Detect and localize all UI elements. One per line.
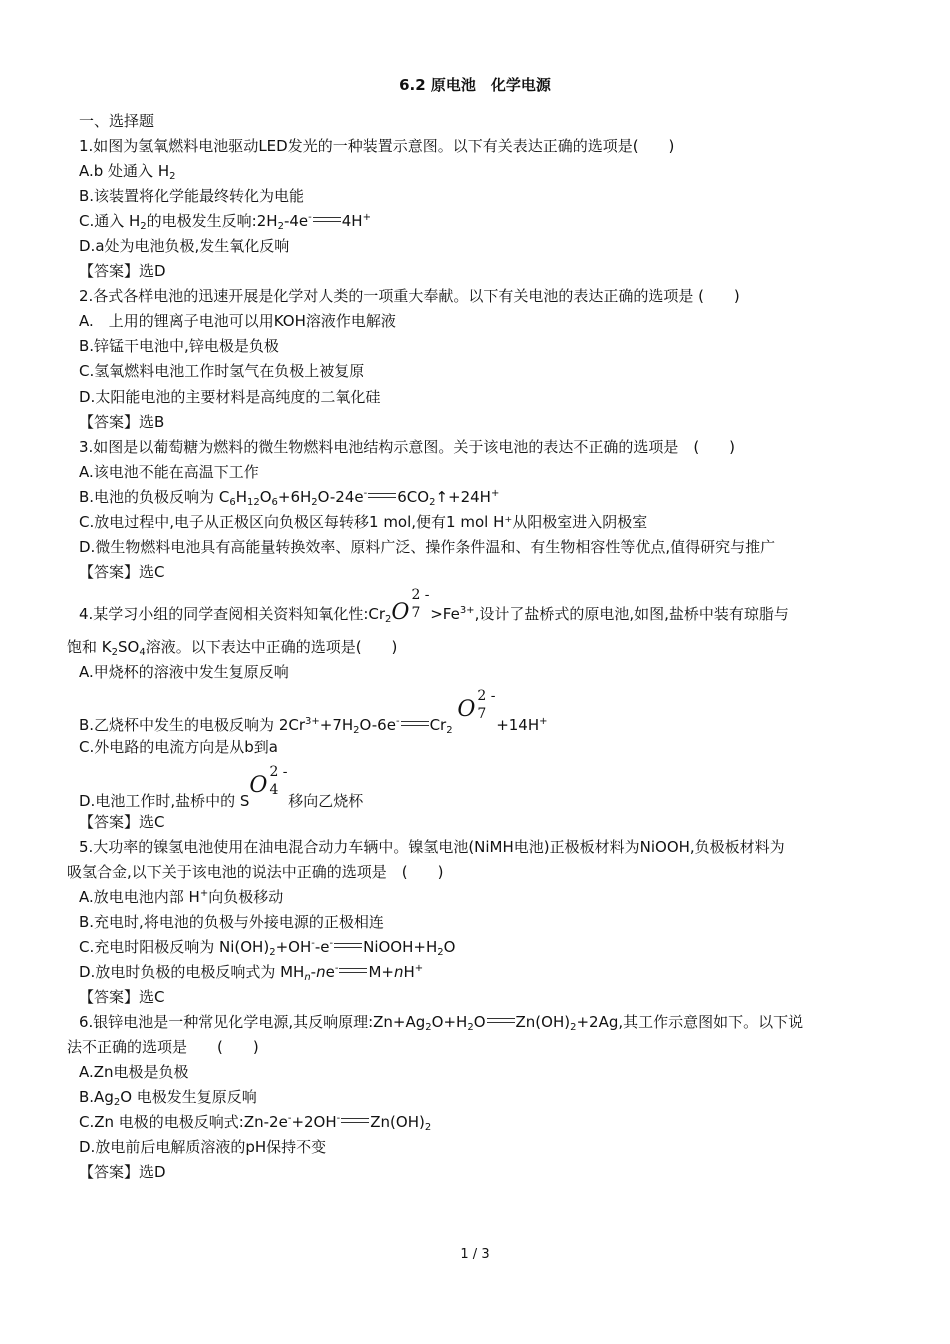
section-heading: 一、选择题	[79, 111, 154, 131]
question-4-answer: 【答案】选C	[79, 812, 164, 832]
question-6-option-c: C.Zn 电极的电极反响式:Zn-2e-+2OH-Zn(OH)2	[79, 1112, 431, 1132]
question-1-stem: 1.如图为氢氧燃料电池驱动LED发光的一种装置示意图。以下有关表达正确的选项是(…	[79, 136, 674, 156]
page-indicator: 1 / 3	[0, 1247, 950, 1262]
question-1-option-c: C.通入 H2的电极发生反响:2H2-4e-4H+	[79, 211, 371, 231]
question-6-option-d: D.放电前后电解质溶液的pH保持不变	[79, 1137, 326, 1157]
question-3-option-a: A.该电池不能在高温下工作	[79, 462, 259, 482]
question-1-option-b: B.该装置将化学能最终转化为电能	[79, 186, 304, 206]
question-6-stem-line-1: 6.银锌电池是一种常见化学电源,其反响原理:Zn+Ag2O+H2OZn(OH)2…	[79, 1012, 803, 1032]
question-3-answer: 【答案】选C	[79, 562, 164, 582]
question-1-answer: 【答案】选D	[79, 261, 166, 281]
question-2-option-d: D.太阳能电池的主要材料是高纯度的二氧化硅	[79, 387, 380, 407]
question-5-option-b: B.充电时,将电池的负极与外接电源的正极相连	[79, 912, 384, 932]
question-2-stem: 2.各式各样电池的迅速开展是化学对人类的一项重大奉献。以下有关电池的表达正确的选…	[79, 286, 740, 306]
question-5-option-d: D.放电时负极的电极反响式为 MHn-ne-M+nH+	[79, 962, 423, 982]
question-5-stem-line-1: 5.大功率的镍氢电池使用在油电混合动力车辆中。镍氢电池(NiMH电池)正极板材料…	[79, 837, 785, 857]
document-title: 6.2 原电池 化学电源	[0, 74, 950, 95]
question-4-option-c: C.外电路的电流方向是从b到a	[79, 737, 278, 757]
question-2-option-b: B.锌锰干电池中,锌电极是负极	[79, 336, 279, 356]
question-4-option-d: D.电池工作时,盐桥中的 SO2 -4 移向乙烧杯	[79, 786, 363, 811]
question-1-option-d: D.a处为电池负极,发生氧化反响	[79, 236, 289, 256]
question-2-answer: 【答案】选B	[79, 412, 164, 432]
question-2-option-c: C.氢氧燃料电池工作时氢气在负极上被复原	[79, 361, 364, 381]
question-5-stem-line-2: 吸氢合金,以下关于该电池的说法中正确的选项是 ( )	[67, 862, 443, 882]
question-5-option-a: A.放电电池内部 H+向负极移动	[79, 887, 283, 907]
question-5-answer: 【答案】选C	[79, 987, 164, 1007]
question-6-option-a: A.Zn电极是负极	[79, 1062, 189, 1082]
question-4-stem-line-2: 饱和 K2SO4溶液。以下表达中正确的选项是( )	[67, 637, 397, 657]
question-1-option-a: A.b 处通入 H2	[79, 161, 175, 181]
question-4-option-b: B.乙烧杯中发生的电极反响为 2Cr3++7H2O-6e-Cr2 O2 -7 +…	[79, 710, 548, 735]
question-2-option-a: A. 上用的锂离子电池可以用KOH溶液作电解液	[79, 311, 396, 331]
question-6-answer: 【答案】选D	[79, 1162, 166, 1182]
question-4-option-a: A.甲烧杯的溶液中发生复原反响	[79, 662, 289, 682]
question-3-option-d: D.微生物燃料电池具有高能量转换效率、原料广泛、操作条件温和、有生物相容性等优点…	[79, 537, 775, 557]
document-page: 6.2 原电池 化学电源 一、选择题 1.如图为氢氧燃料电池驱动LED发光的一种…	[0, 0, 950, 1344]
question-4-stem-line-1: 4.某学习小组的同学查阅相关资料知氧化性:Cr2O2 -7 >Fe3+,设计了盐…	[79, 599, 789, 624]
question-5-option-c: C.充电时阳极反响为 Ni(OH)2+OH--e-NiOOH+H2O	[79, 937, 455, 957]
question-6-option-b: B.Ag2O 电极发生复原反响	[79, 1087, 257, 1107]
question-6-stem-line-2: 法不正确的选项是 ( )	[67, 1037, 259, 1057]
question-3-option-c: C.放电过程中,电子从正极区向负极区每转移1 mol,便有1 mol H⁺从阳极…	[79, 512, 647, 532]
question-3-option-b: B.电池的负极反响为 C6H12O6+6H2O-24e-6CO2↑+24H+	[79, 487, 499, 507]
question-3-stem: 3.如图是以葡萄糖为燃料的微生物燃料电池结构示意图。关于该电池的表达不正确的选项…	[79, 437, 735, 457]
